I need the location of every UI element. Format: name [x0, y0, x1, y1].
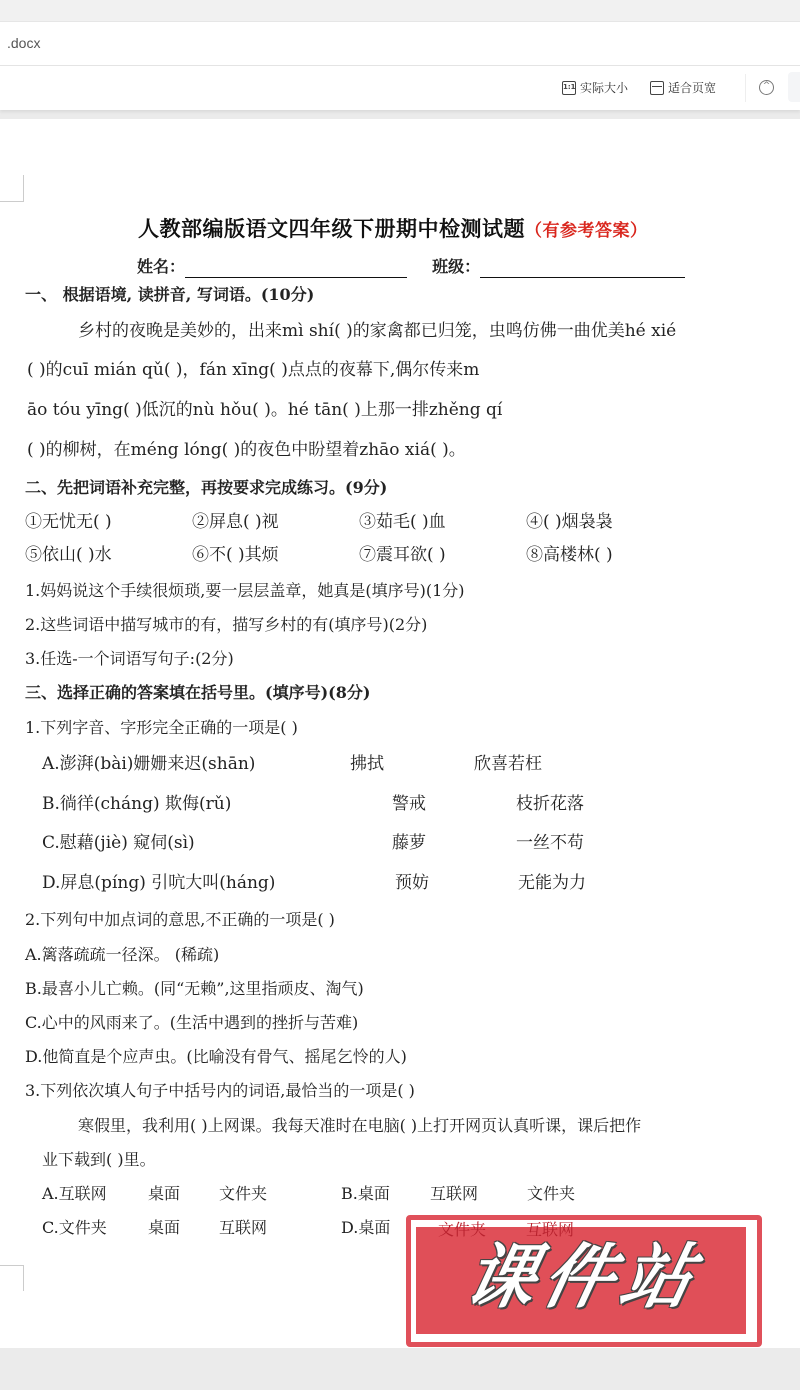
q3-option-a-2: 桌面 [148, 1183, 180, 1205]
chevron-up-icon: ^ [763, 81, 771, 91]
idiom-4: ④( )烟袅袅 [526, 511, 613, 533]
q2-option-b: B.最喜小儿亡赖。(同“无赖”,这里指顽皮、淘气) [25, 978, 364, 1000]
q1-option-b-word2: 警戒 [392, 793, 426, 815]
page-corner-mark-bottom [0, 1265, 24, 1291]
section3-heading: 三、选择正确的答案填在括号里。(填序号)(8分) [25, 682, 370, 704]
section1-line-3: āo tóu yīng( )低沉的nù hǒu( )。hé tān( )上那一排… [27, 399, 502, 421]
q3-option-c-2: 桌面 [148, 1217, 180, 1239]
title-text: 人教部编版语文四年级下册期中检测试题 [138, 216, 525, 241]
actual-size-label: 实际大小 [580, 79, 628, 96]
q3-option-c-1: C.文件夹 [42, 1217, 107, 1239]
watermark-stamp: 文件夹 互联网 课件站 [398, 1205, 770, 1355]
idiom-6: ⑥不( )其烦 [192, 544, 279, 566]
q1-option-a-word3: 欣喜若枉 [474, 753, 542, 775]
toolbar-divider [745, 74, 746, 102]
section2-question-2: 2.这些词语中描写城市的有，描写乡村的有(填序号)(2分) [25, 614, 427, 636]
idiom-2: ②屏息( )视 [192, 511, 279, 533]
q3-option-c-3: 互联网 [219, 1217, 267, 1239]
q1-option-c-word2: 藤萝 [392, 832, 426, 854]
q1-option-c-word3: 一丝不苟 [516, 832, 584, 854]
q3-option-a-3: 文件夹 [219, 1183, 267, 1205]
idiom-3: ③茹毛( )血 [359, 511, 446, 533]
class-blank[interactable] [480, 260, 685, 278]
q3-option-b-1: B.桌面 [341, 1183, 390, 1205]
watermark-text: 课件站 [409, 1237, 756, 1317]
section1-line-2: ( )的cuī mián qǔ( )，fán xīng( )点点的夜幕下,偶尔传… [27, 359, 479, 381]
q2-option-a: A.篱落疏疏一径深。 (稀疏) [25, 944, 219, 966]
section2-heading: 二、先把词语补充完整，再按要求完成练习。(9分) [25, 477, 387, 499]
document-title: 人教部编版语文四年级下册期中检测试题（有参考答案） [138, 213, 648, 243]
q3-passage-line-1: 寒假里，我利用( )上网课。我每天准时在电脑( )上打开网页认真听课，课后把作 [78, 1115, 641, 1137]
idiom-5: ⑤依山( )水 [25, 544, 112, 566]
q2-option-c: C.心中的风雨来了。(生活中遇到的挫折与苦难) [25, 1012, 358, 1034]
idiom-1: ①无忧无( ) [25, 511, 112, 533]
file-name: .docx [7, 35, 40, 51]
q1-stem: 1.下列字音、字形完全正确的一项是( ) [25, 717, 298, 739]
name-label: 姓名： [137, 257, 185, 276]
section1-heading: 一、 根据语境, 读拼音, 写词语。(10分) [25, 284, 314, 306]
section1-line-1: 乡村的夜晚是美妙的，出来mì shí( )的家禽都已归笼，虫鸣仿佛一曲优美hé … [78, 320, 676, 342]
q3-option-b-3: 文件夹 [527, 1183, 575, 1205]
section1-line-4: ( )的柳树，在méng lóng( )的夜色中盼望着zhāo xiá( )。 [27, 439, 466, 461]
q3-passage-line-2: 业下载到( )里。 [42, 1149, 156, 1171]
collapse-toolbar-button[interactable]: ^ [759, 80, 774, 95]
q2-stem: 2.下列句中加点词的意思,不正确的一项是( ) [25, 909, 335, 931]
q3-option-a-1: A.互联网 [42, 1183, 107, 1205]
name-class-row: 姓名： 班级： [137, 256, 685, 278]
title-bar: .docx [0, 22, 800, 66]
q1-option-d-word2: 预妨 [395, 872, 429, 894]
section2-question-1: 1.妈妈说这个手续很烦琐,要一层层盖章，她真是(填序号)(1分) [25, 580, 465, 602]
q3-option-b-2: 互联网 [430, 1183, 478, 1205]
actual-size-button[interactable]: 1:1 实际大小 [562, 79, 628, 96]
viewer-toolbar: 1:1 实际大小 适合页宽 [0, 66, 800, 110]
q3-option-d-1: D.桌面 [341, 1217, 390, 1239]
q1-option-b-word3: 枝折花落 [516, 793, 584, 815]
fit-width-icon [650, 81, 664, 95]
q1-option-d-words: D.屏息(píng) 引吭大叫(háng) [42, 872, 275, 894]
q1-option-c-words: C.慰藉(jiè) 窥伺(sì) [42, 832, 195, 854]
section2-question-3: 3.任选-一个词语写句子:(2分) [25, 648, 234, 670]
q3-stem: 3.下列依次填人句子中括号内的词语,最恰当的一项是( ) [25, 1080, 415, 1102]
q1-option-a-word2: 拂拭 [350, 753, 384, 775]
class-label: 班级： [432, 257, 480, 276]
q1-option-b-words: B.徜徉(cháng) 欺侮(rǔ) [42, 793, 231, 815]
title-note: （有参考答案） [525, 221, 648, 241]
top-strip [0, 0, 800, 22]
fit-width-button[interactable]: 适合页宽 [650, 79, 716, 96]
toolbar-edge-button[interactable] [788, 72, 800, 102]
name-blank[interactable] [185, 260, 407, 278]
q2-option-d: D.他简直是个应声虫。(比喻没有骨气、摇尾乞怜的人) [25, 1046, 407, 1068]
idiom-7: ⑦震耳欲( ) [359, 544, 446, 566]
page-corner-mark-top [0, 175, 24, 202]
actual-size-icon: 1:1 [562, 81, 576, 95]
idiom-8: ⑧高楼林( ) [526, 544, 613, 566]
q1-option-a-words: A.澎湃(bài)姗姗来迟(shān) [42, 753, 255, 775]
fit-width-label: 适合页宽 [668, 79, 716, 96]
q1-option-d-word3: 无能为力 [518, 872, 586, 894]
